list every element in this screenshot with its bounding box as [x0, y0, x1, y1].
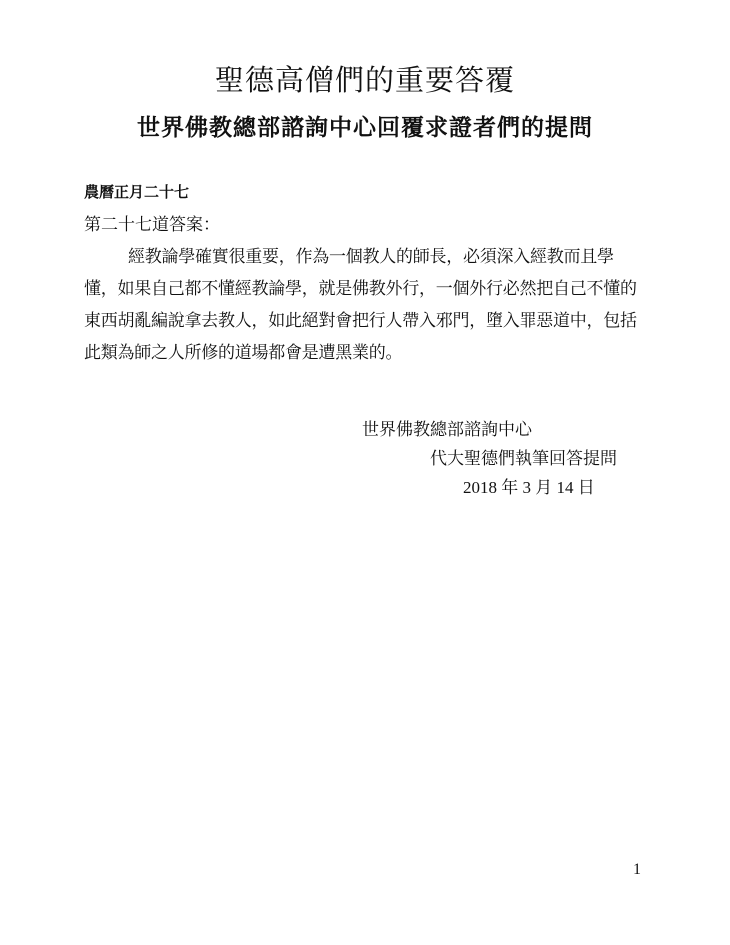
paragraph-line: 懂，如果自己都不懂經教論學，就是佛教外行，一個外行必然把自己不懂的	[84, 273, 650, 305]
signature-role: 代大聖德們執筆回答提問	[430, 444, 650, 473]
signature-block: 世界佛教總部諮詢中心 代大聖德們執筆回答提問 2018 年 3 月 14 日	[84, 415, 650, 502]
paragraph-line: 東西胡亂編說拿去教人，如此絕對會把行人帶入邪門，墮入罪惡道中，包括	[84, 305, 650, 337]
document-page: 聖德高僧們的重要答覆 世界佛教總部諮詢中心回覆求證者們的提問 農曆正月二十七 第…	[0, 0, 730, 945]
paragraph-line: 經教論學確實很重要，作為一個教人的師長，必須深入經教而且學	[84, 241, 650, 273]
answer-heading: 第二十七道答案：	[84, 209, 650, 241]
signature-date: 2018 年 3 月 14 日	[463, 473, 650, 502]
document-subtitle: 世界佛教總部諮詢中心回覆求證者們的提問	[0, 109, 730, 142]
document-title: 聖德高僧們的重要答覆	[0, 66, 730, 98]
document-content: 農曆正月二十七 第二十七道答案： 經教論學確實很重要，作為一個教人的師長，必須深…	[84, 177, 650, 502]
paragraph-line: 此類為師之人所修的道場都會是遭黑業的。	[84, 337, 650, 369]
signature-organization: 世界佛教總部諮詢中心	[362, 415, 650, 444]
lunar-date-heading: 農曆正月二十七	[84, 177, 650, 209]
answer-paragraph: 經教論學確實很重要，作為一個教人的師長，必須深入經教而且學 懂，如果自己都不懂經…	[84, 241, 650, 369]
page-number: 1	[633, 860, 641, 879]
